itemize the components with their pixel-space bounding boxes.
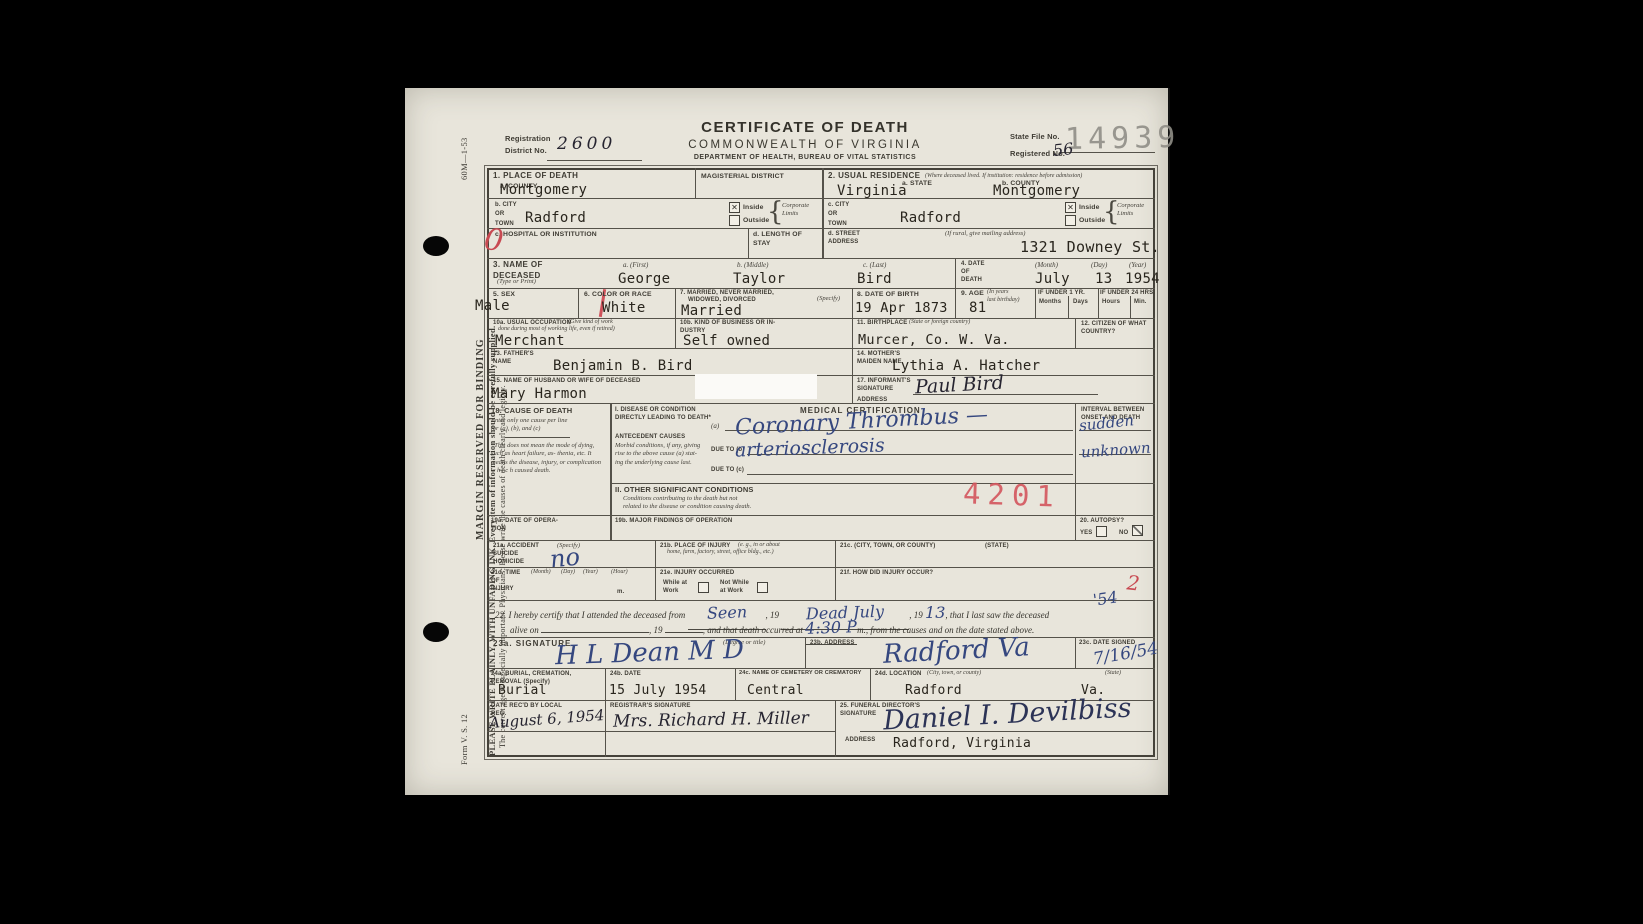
label-place-of-death: 1. PLACE OF DEATH [493,171,578,182]
hand-430p: 4:30 P [805,619,858,637]
certify-p1: 22. I hereby certify that I attended the… [495,610,685,620]
label-how-injury: 21f. HOW DID INJURY OCCUR? [840,569,933,577]
field-registration-district-value: 2600 [557,136,616,153]
certificate-department: DEPARTMENT OF HEALTH, BUREAU OF VITAL ST… [660,154,950,161]
checkbox-outside-2-icon [1065,215,1076,226]
label-registrar: REGISTRAR'S SIGNATURE [610,702,690,710]
label-death-year: (Year) [1129,261,1146,270]
label-street-address: d. STREET ADDRESS [828,230,860,246]
note-marital-specify: (Specify) [817,295,840,303]
blank-alive-on [541,621,649,633]
label-inside-1: Inside [743,203,764,212]
label-funeral-address: ADDRESS [845,736,875,744]
label-address-23b: 23b. ADDRESS [810,639,855,647]
field-date-of-birth: 19 Apr 1873 [855,302,948,316]
field-street-address: 1321 Downey St. [1020,240,1160,255]
label-last-name: c. (Last) [863,261,886,270]
label-cause-a: (a) [711,422,719,431]
label-date-of-operation: 19a. DATE OF OPERA- TION [491,517,558,533]
label-due-to-c: DUE TO (c) [711,466,744,474]
field-burial-date: 15 July 1954 [609,684,707,697]
note-type-or-print: (Type or Print) [497,278,536,286]
label-date-of-death: 4. DATE OF DEATH [961,260,985,284]
stamp-red-4201: 4201 [963,479,1062,511]
label-burial-date: 24b. DATE [610,670,641,678]
label-accident-suicide: 21a. ACCIDENT SUICIDE HOMICIDE [493,542,539,566]
note-location-state: (State) [1105,670,1121,678]
label-while-at-work: While at Work [663,579,687,596]
checkbox-inside-1-checked-icon: ✕ [729,202,740,213]
label-cause-of-death: 18. CAUSE OF DEATH [491,406,572,416]
label-autopsy-yes: YES [1080,529,1092,537]
cell-interval-2 [1075,483,1155,515]
field-county-of-death: Montgomery [500,183,587,197]
hand-13: 13 [925,603,945,622]
mark-red-two: 2 [1126,572,1141,593]
field-occupation: Merchant [495,334,565,348]
field-last-name: Bird [857,272,892,286]
label-under-1yr: IF UNDER 1 YR. [1038,289,1085,297]
label-days: Days [1073,298,1088,306]
divider-hours-min [1130,296,1131,318]
field-mother-name: Lythia A. Hatcher [892,359,1040,373]
field-death-day: 13 [1095,272,1112,286]
registrar-underline [487,731,835,732]
label-under-24h: IF UNDER 24 HRS. [1100,289,1155,297]
label-location: 24d. LOCATION [875,670,922,678]
note-location-city: (City, town, or county) [927,670,981,678]
certify-p6: , 19 [649,625,663,635]
label-age: 9. AGE [961,289,984,298]
label-time-of-injury: 21d. TIME OF INJURY [491,569,520,593]
note-place-of-injury-2: home, farm, factory, street, office bldg… [667,549,774,557]
field-residence-state: Virginia [837,184,907,198]
certificate-title: CERTIFICATE OF DEATH [660,119,950,136]
punch-hole-bottom [423,622,449,642]
field-physician-signature: H L Dean M D [555,637,745,670]
note-other-conditions: Conditions contributing to the death but… [623,495,751,512]
checkbox-while-at-work-icon [698,582,709,593]
note-street-address: (If rural, give mailing address) [945,230,1025,238]
label-father: 13. FATHER'S NAME [493,350,534,366]
field-physician-address: Radford Va [882,634,1030,668]
label-hours: Hours [1102,298,1120,306]
field-first-name: George [618,272,670,286]
blank-year [665,621,703,633]
label-antecedent: ANTECEDENT CAUSES [615,433,685,441]
label-injury-month: (Month) [531,569,551,577]
certify-p5: alive on [510,625,539,635]
label-other-conditions: II. OTHER SIGNIFICANT CONDITIONS [615,485,754,495]
label-injury-occurred: 21e. INJURY OCCURRED [660,569,734,577]
state-file-underline [1060,152,1155,153]
label-not-while-at-work: Not While at Work [720,579,749,596]
field-funeral-address: Radford, Virginia [893,737,1031,750]
label-length-of-stay: d. LENGTH OF STAY [753,230,802,248]
field-cemetery: Central [747,684,804,697]
label-outside-2: Outside [1079,216,1105,225]
field-death-month: July [1035,272,1070,286]
scan-background: 60M—1-53 MARGIN RESERVED FOR BINDING PLE… [0,0,1643,924]
hand-year-54: '54 [1092,589,1119,608]
checkbox-not-while-at-work-icon [757,582,768,593]
label-injury-city: 21c. (CITY, TOWN, OR COUNTY) [840,542,935,550]
margin-form-number: Form V. S. 12 [459,714,469,765]
label-autopsy-no: NO [1119,529,1128,537]
label-outside-1: Outside [743,216,769,225]
field-birthplace: Murcer, Co. W. Va. [858,334,1010,348]
note-cause-1: Enter only one cause per line for (a), (… [491,417,567,434]
field-death-year: 1954 [1125,272,1160,286]
hand-seen: Seen [687,604,766,623]
label-injury-state: (STATE) [985,542,1009,550]
informant-signature-line [913,394,1098,395]
cause-note-divider [505,437,570,438]
checkbox-outside-1-icon [729,215,740,226]
certify-p3: , 19 [909,610,923,620]
field-registrar-signature: Mrs. Richard H. Miller [613,710,809,730]
field-sex: Male [475,299,510,313]
label-death-day: (Day) [1091,261,1107,270]
whiteout-patch [695,374,817,399]
checkbox-inside-2-checked-icon: ✕ [1065,202,1076,213]
label-date-of-birth: 8. DATE OF BIRTH [857,290,919,299]
label-corporate-limits-2: Corporate Limits [1117,202,1144,219]
label-city-or-town-2: c. CITY OR TOWN [828,201,849,229]
label-disease-condition: I. DISEASE OR CONDITION DIRECTLY LEADING… [615,406,711,422]
label-color-race: 6. COLOR OR RACE [584,290,652,299]
label-autopsy: 20. AUTOPSY? [1080,517,1124,525]
label-inside-2: Inside [1079,203,1100,212]
certificate-subtitle: COMMONWEALTH OF VIRGINIA [660,139,950,151]
district-underline [547,160,642,161]
label-injury-day: (Day) [561,569,575,577]
label-informant: 17. INFORMANT'S SIGNATURE [857,377,911,393]
checkbox-autopsy-no-marked-icon [1132,525,1143,536]
label-months: Months [1039,298,1061,306]
field-color-race: White [602,301,646,315]
field-marital-status: Married [681,304,742,318]
note-age: (In years last birthday) [987,289,1020,305]
note-cause-2: *This does not mean the mode of dying, s… [491,442,605,476]
certify-p4: , that I last saw the deceased [945,610,1049,620]
margin-binding-text: MARGIN RESERVED FOR BINDING [475,338,486,540]
label-injury-year: (Year) [583,569,598,577]
divider-months-days [1068,296,1069,318]
label-district-no: District No. [505,146,547,156]
label-middle-name: b. (Middle) [737,261,769,270]
certify-p2: , 19 [766,610,780,620]
field-burial: Burial [498,684,547,697]
field-age: 81 [969,301,986,315]
label-corporate-limits-1: Corporate Limits [782,202,809,219]
field-cause-b-handwritten: arteriosclerosis [735,436,885,460]
field-state-file-number-stamp: 14939 [1065,123,1181,155]
label-first-name: a. (First) [623,261,648,270]
label-husband-or-wife: 15. NAME OF HUSBAND OR WIFE OF DECEASED [493,377,641,385]
certify-p7: , and that death occurred at [703,625,803,635]
field-location-city: Radford [905,684,962,697]
checkbox-autopsy-yes-icon [1096,526,1107,537]
margin-form-code: 60M—1-53 [459,137,469,180]
label-birthplace: 11. BIRTHPLACE [857,319,907,327]
funeral-signature-line [860,731,1152,732]
label-hospital: c. HOSPITAL OR INSTITUTION [495,230,597,239]
label-min: Min. [1134,298,1147,306]
cause-c-line [747,474,1073,475]
field-father-name: Benjamin B. Bird [553,359,693,373]
note-morbid: Morbid conditions, if any, giving rise t… [615,442,700,467]
field-registered-number: 56 [1052,141,1074,159]
certificate-paper: 60M—1-53 MARGIN RESERVED FOR BINDING PLE… [405,88,1168,795]
field-city-of-death: Radford [525,211,586,225]
label-registration: Registration [505,134,551,144]
label-magisterial-district: MAGISTERIAL DISTRICT [701,172,784,181]
label-death-month: (Month) [1035,261,1058,270]
label-citizen: 12. CITIZEN OF WHAT COUNTRY? [1081,320,1146,336]
label-major-findings: 19b. MAJOR FINDINGS OF OPERATION [615,517,732,525]
field-middle-name: Taylor [733,272,785,286]
field-residence-city: Radford [900,211,961,225]
note-birthplace: (State or foreign country) [909,319,970,327]
punch-hole-top [423,236,449,256]
label-cemetery: 24c. NAME OF CEMETERY OR CREMATORY [739,670,861,678]
field-spouse-name: Mary Harmon [491,387,587,401]
label-injury-m: m. [617,588,624,596]
field-business: Self owned [683,334,770,348]
field-residence-county: Montgomery [993,184,1080,198]
label-injury-hour: (Hour) [611,569,628,577]
